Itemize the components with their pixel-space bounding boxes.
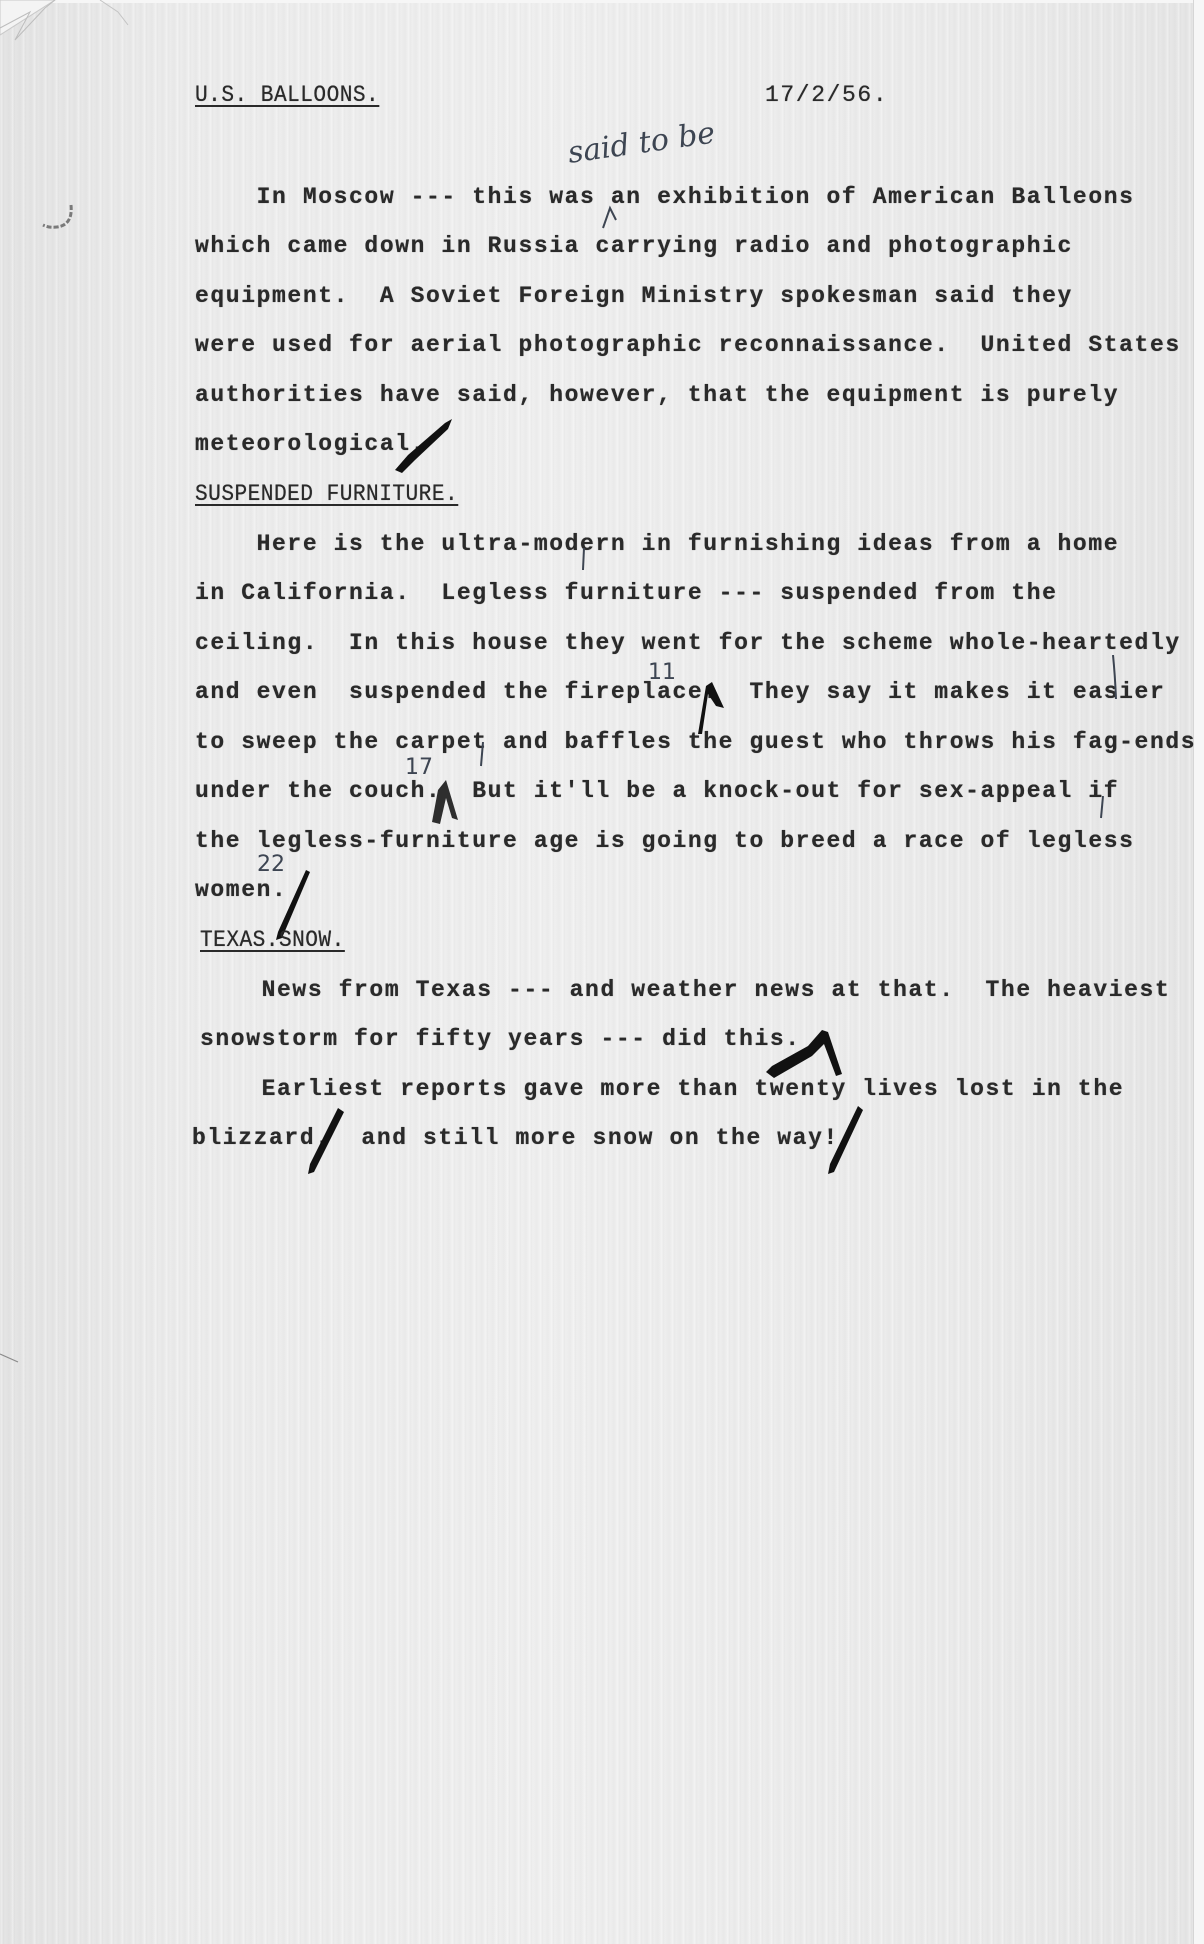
body-line: were used for aerial photographic reconn… (195, 334, 1181, 357)
body-line: in California. Legless furniture --- sus… (195, 582, 1058, 605)
body-line: News from Texas --- and weather news at … (200, 979, 1170, 1002)
body-line: Here is the ultra-modern in furnishing i… (195, 533, 1119, 556)
body-line: women. (195, 879, 287, 902)
document-date: 17/2/56. (765, 84, 888, 107)
handwritten-number: 17 (405, 755, 433, 780)
body-line: Earliest reports gave more than twenty l… (200, 1078, 1124, 1101)
section-heading: SUSPENDED FURNITURE. (195, 483, 458, 506)
body-line: which came down in Russia carrying radio… (195, 235, 1073, 258)
body-line: blizzard. and still more snow on the way… (192, 1127, 839, 1150)
handwritten-number: 11 (648, 660, 676, 685)
section-heading: TEXAS.SNOW. (200, 929, 345, 952)
page-top-edge (0, 0, 1204, 3)
body-line: In Moscow --- this was an exhibition of … (195, 186, 1135, 209)
scan-artifact-icon (0, 1352, 20, 1366)
body-line: authorities have said, however, that the… (195, 384, 1119, 407)
body-line: ceiling. In this house they went for the… (195, 632, 1181, 655)
handwritten-number: 22 (257, 852, 285, 877)
body-line: meteorological. (195, 433, 426, 456)
body-line: snowstorm for fifty years --- did this. (200, 1028, 801, 1051)
document-title: U.S. BALLOONS. (195, 84, 379, 107)
body-line: the legless-furniture age is going to br… (195, 830, 1135, 853)
body-line: to sweep the carpet and baffles the gues… (195, 731, 1196, 754)
page-right-edge (1193, 0, 1204, 1944)
handwritten-insert: said to be (566, 116, 718, 171)
body-line: and even suspended the fireplace. They s… (195, 681, 1165, 704)
margin-mark-icon (35, 195, 75, 235)
scanned-document-page: U.S. BALLOONS. 17/2/56. said to be In Mo… (0, 0, 1204, 1944)
body-line: equipment. A Soviet Foreign Ministry spo… (195, 285, 1073, 308)
folded-corner-icon (0, 0, 130, 50)
body-line: under the couch. But it'll be a knock-ou… (195, 780, 1119, 803)
